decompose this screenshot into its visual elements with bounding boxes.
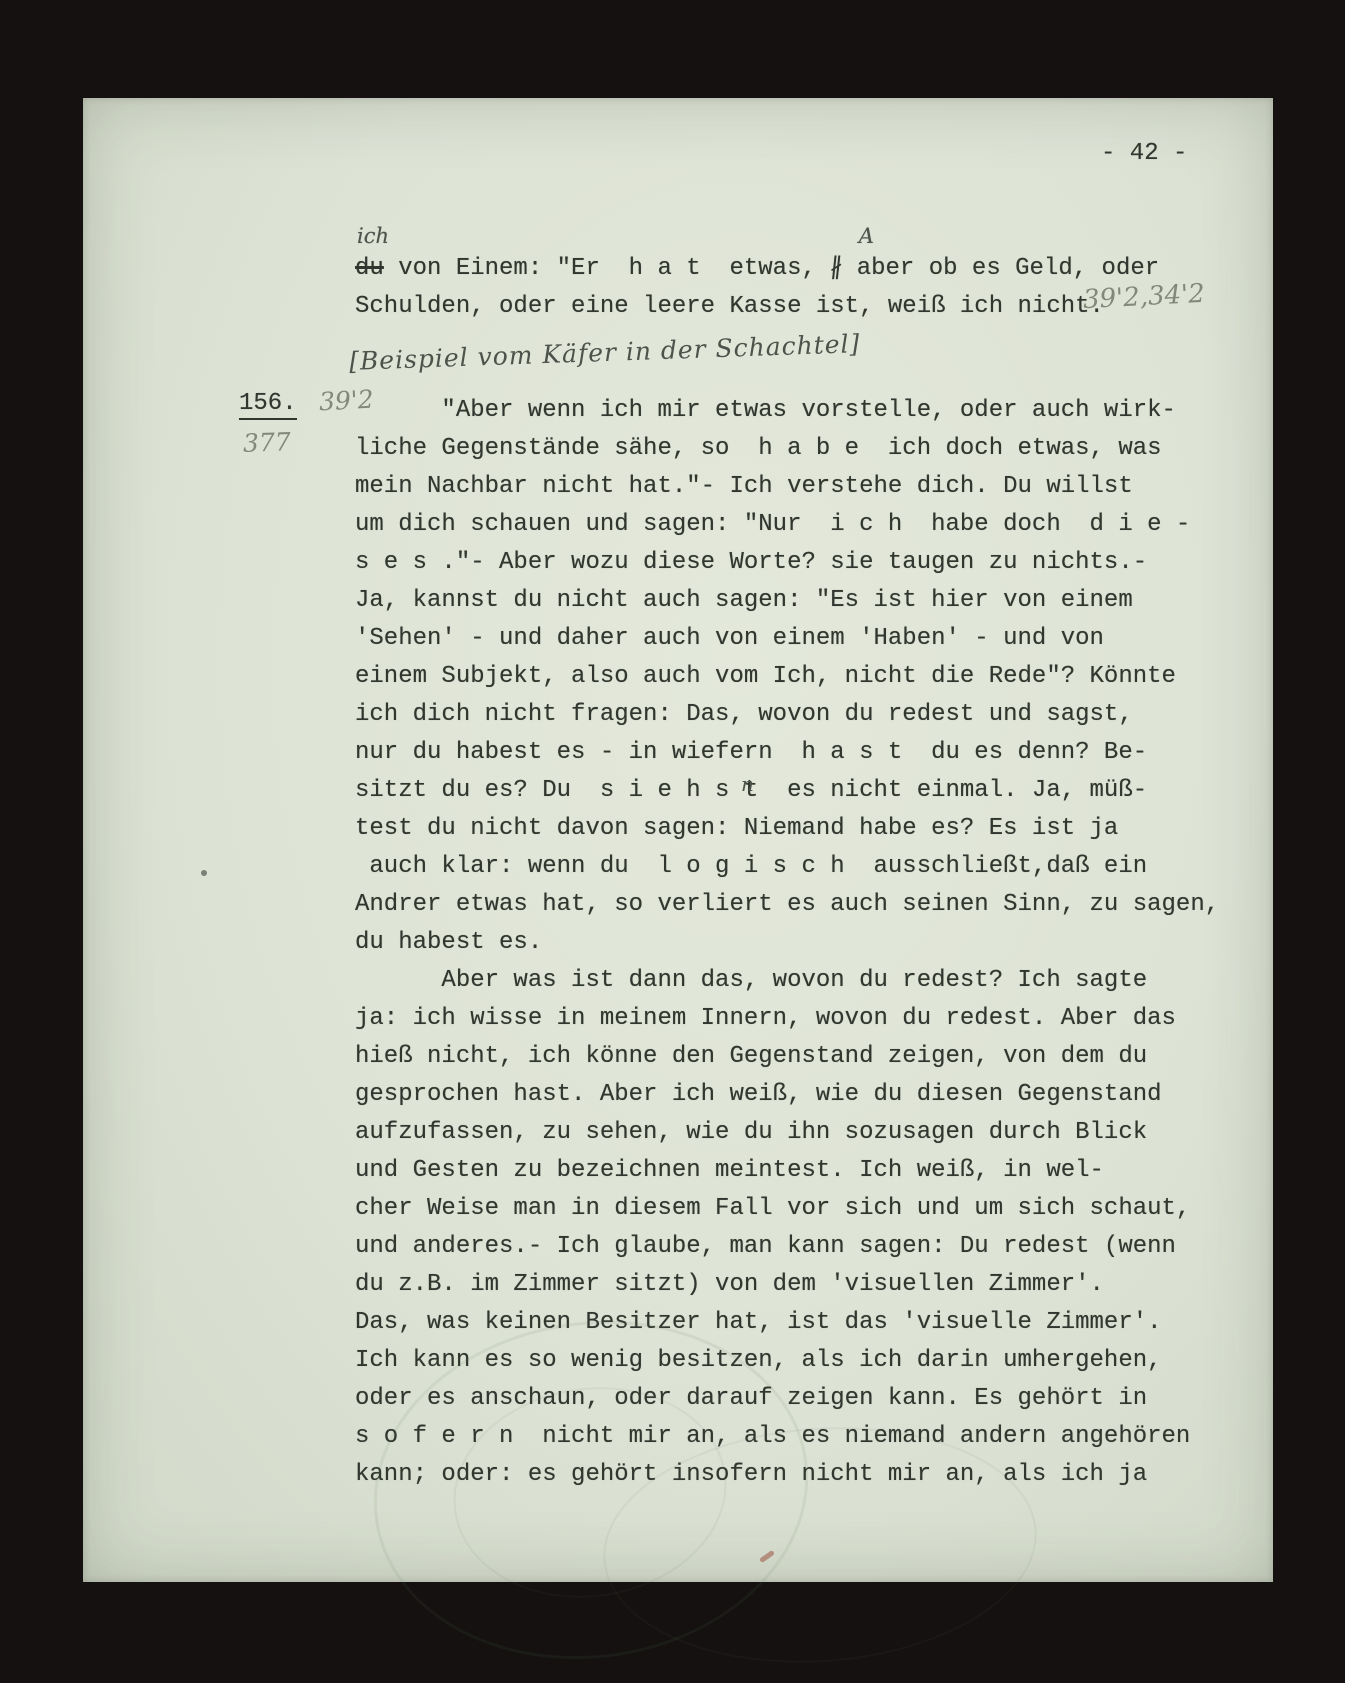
typed-aber: aber [857,255,915,282]
typed-line: einem Subjekt, also auch vom Ich, nicht … [355,658,1219,696]
typed-line: hieß nicht, ich könne den Gegenstand zei… [355,1038,1190,1076]
typed-line: und Gesten zu bezeichnen meintest. Ich w… [355,1152,1190,1190]
opening-line-2: Schulden, oder eine leere Kasse ist, wei… [355,288,1159,326]
typed-line: mein Nachbar nicht hat."- Ich verstehe d… [355,468,1219,506]
typed-line: liche Gegenstände sähe, so h a b e ich d… [355,430,1219,468]
opening-paragraph: ichdu von Einem: "Er h a t etwas, ∦ Aabe… [355,250,1159,326]
opening-line1-pre: von Einem: "Er h a t etwas, [384,255,830,282]
typed-line: Das, was keinen Besitzer hat, ist das 'v… [355,1304,1190,1342]
typed-line: test du nicht davon sagen: Niemand habe … [355,810,1219,848]
typed-line: auch klar: wenn du l o g i s c h ausschl… [355,848,1219,886]
typed-line: ja: ich wisse in meinem Innern, wovon du… [355,1000,1190,1038]
handwritten-ich: ich [357,226,389,246]
pencil-reference-top-right: 39'2,34'2 [1082,279,1205,315]
page-number: - 42 - [1101,140,1187,167]
typescript-page: - 42 - ichdu von Einem: "Er h a t etwas,… [83,98,1273,1582]
typed-line: gesprochen hast. Aber ich weiß, wie du d… [355,1076,1190,1114]
typed-line: um dich schauen und sagen: "Nur i c h ha… [355,506,1219,544]
opening-line-1: ichdu von Einem: "Er h a t etwas, ∦ Aabe… [355,250,1159,288]
remark-number: 156. [239,390,297,420]
opening-line1-post: ob es Geld, oder [914,255,1159,282]
aber-capitalization-correction: Aaber [857,250,915,288]
dark-speck [201,870,207,876]
du-to-ich-correction: ichdu [355,250,384,288]
typed-line: nur du habest es - in wiefern h a s t du… [355,734,1219,772]
insertion-mark: ∦ [828,250,858,288]
typed-line: 'Sehen' - und daher auch von einem 'Habe… [355,620,1219,658]
typed-line: und anderes.- Ich glaube, man kann sagen… [355,1228,1190,1266]
paragraph-156: "Aber wenn ich mir etwas vorstelle, oder… [355,392,1219,962]
handwritten-capital-a: A [859,226,874,246]
typed-line: Aber was ist dann das, wovon du redest? … [355,962,1190,1000]
remark-number-block: 156. [239,390,297,420]
typed-line: ich dich nicht fragen: Das, wovon du red… [355,696,1219,734]
typed-line: Andrer etwas hat, so verliert es auch se… [355,886,1219,924]
typed-line: du z.B. im Zimmer sitzt) von dem 'visuel… [355,1266,1190,1304]
handwritten-n-above-niemand: n [741,774,754,794]
typed-line: sitzt du es? Du s i e h s t es nicht ein… [355,772,1219,810]
scanned-typescript-photo: { "colors":{ "paper":"#dde3d5", "ink":"#… [0,0,1345,1683]
typed-line: cher Weise man in diesem Fall vor sich u… [355,1190,1190,1228]
typed-line: "Aber wenn ich mir etwas vorstelle, oder… [355,392,1219,430]
handwritten-beetle-note: [Beispiel vom Käfer in der Schachtel] [349,329,861,376]
struck-du: du [355,255,384,282]
typed-line: s e s ."- Aber wozu diese Worte? sie tau… [355,544,1219,582]
typed-line: aufzufassen, zu sehen, wie du ihn sozusa… [355,1114,1190,1152]
pencil-ref-377: 377 [243,427,292,458]
typed-line: Ja, kannst du nicht auch sagen: "Es ist … [355,582,1219,620]
typed-line: du habest es. [355,924,1219,962]
